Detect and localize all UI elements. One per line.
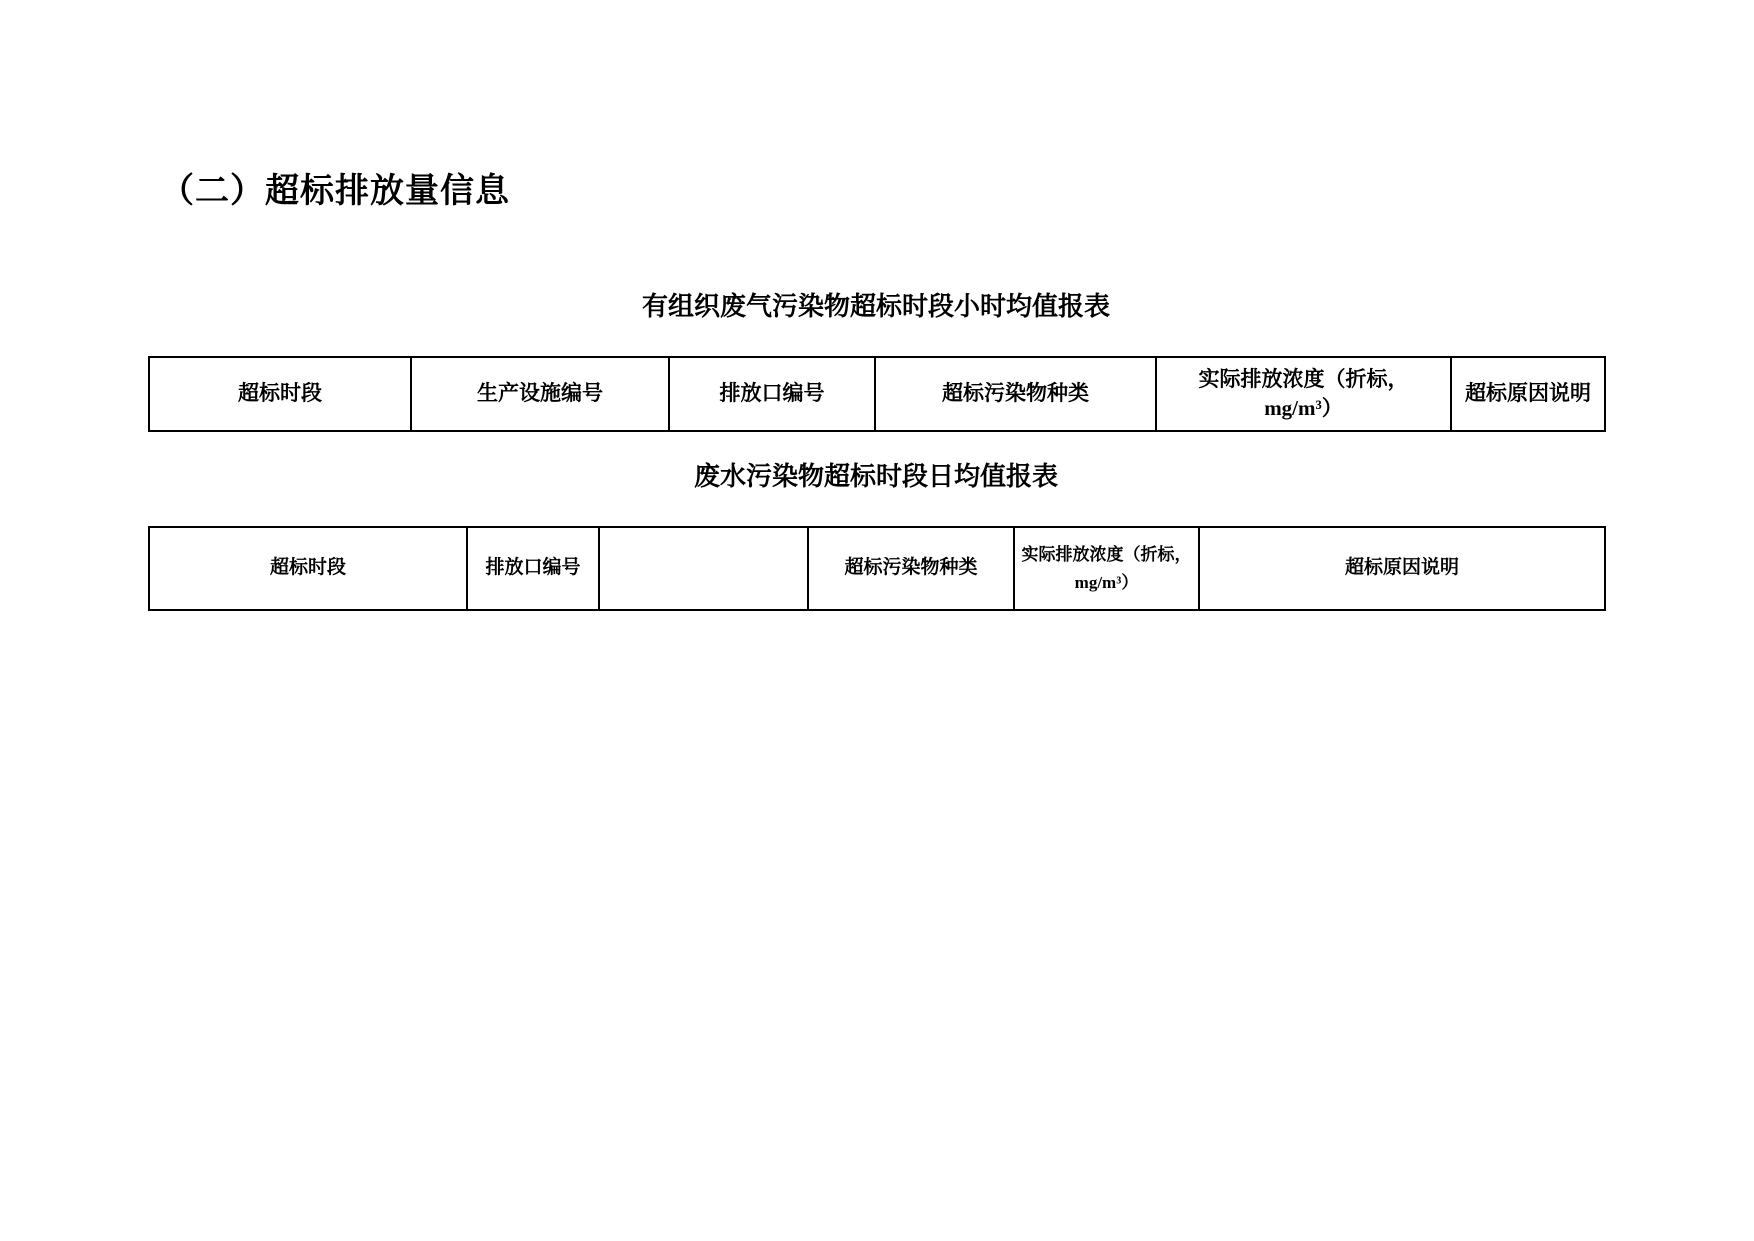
gas-header-period-label: 超标时段: [238, 381, 322, 405]
gas-header-facility-no-label: 生产设施编号: [477, 381, 603, 405]
water-header-pollutant-type: 超标污染物种类: [808, 527, 1014, 610]
water-table-header-row: 超标时段 排放口编号 超标污染物种类 实际排放浓度（折标， mg/m³） 超标原…: [149, 527, 1605, 610]
gas-header-concentration-line2: mg/m³）: [1159, 394, 1448, 423]
gas-header-period: 超标时段: [149, 357, 411, 431]
water-header-concentration-line2: mg/m³）: [1017, 569, 1196, 596]
gas-header-outlet-no: 排放口编号: [669, 357, 875, 431]
gas-header-reason-label: 超标原因说明: [1465, 381, 1591, 405]
water-table-title: 废水污染物超标时段日均值报表: [148, 456, 1604, 493]
gas-header-reason: 超标原因说明: [1451, 357, 1605, 431]
water-header-period: 超标时段: [149, 527, 467, 610]
gas-table-title: 有组织废气污染物超标时段小时均值报表: [148, 286, 1604, 323]
water-header-concentration-line1: 实际排放浓度（折标，: [1017, 541, 1196, 568]
gas-header-pollutant-type: 超标污染物种类: [875, 357, 1156, 431]
gas-header-concentration: 实际排放浓度（折标， mg/m³）: [1156, 357, 1451, 431]
gas-header-concentration-line1: 实际排放浓度（折标，: [1159, 365, 1448, 394]
water-header-outlet-no-label: 排放口编号: [485, 557, 580, 578]
water-header-outlet-no: 排放口编号: [467, 527, 599, 610]
water-header-concentration: 实际排放浓度（折标， mg/m³）: [1014, 527, 1199, 610]
gas-header-facility-no: 生产设施编号: [411, 357, 669, 431]
water-header-empty-cell: [599, 527, 808, 610]
section-heading: （二）超标排放量信息: [160, 163, 510, 212]
document-page: （二）超标排放量信息 有组织废气污染物超标时段小时均值报表 超标时段 生产设施编…: [0, 0, 1754, 1241]
gas-exceedance-table: 超标时段 生产设施编号 排放口编号 超标污染物种类 实际排放浓度（折标， mg/…: [148, 356, 1606, 432]
water-header-pollutant-type-label: 超标污染物种类: [844, 557, 977, 578]
water-header-period-label: 超标时段: [270, 557, 346, 578]
gas-header-pollutant-type-label: 超标污染物种类: [942, 381, 1089, 405]
water-header-reason-label: 超标原因说明: [1345, 557, 1459, 578]
wastewater-exceedance-table: 超标时段 排放口编号 超标污染物种类 实际排放浓度（折标， mg/m³） 超标原…: [148, 526, 1606, 611]
gas-header-outlet-no-label: 排放口编号: [720, 381, 825, 405]
gas-table-header-row: 超标时段 生产设施编号 排放口编号 超标污染物种类 实际排放浓度（折标， mg/…: [149, 357, 1605, 431]
water-header-reason: 超标原因说明: [1199, 527, 1605, 610]
